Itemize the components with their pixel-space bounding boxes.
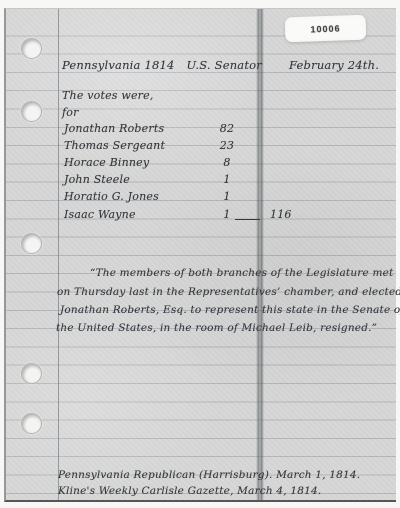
scanned-document: { "colors":{ "paper_bg":"#d6d7d6", "ink"…	[0, 0, 400, 508]
vote-count: 1	[204, 173, 250, 186]
catalog-number: 10006	[310, 23, 340, 34]
vote-count: 23	[204, 139, 250, 152]
quote-line-3: Jonathan Roberts, Esq. to represent this…	[60, 304, 400, 316]
vote-count: 1	[204, 190, 250, 203]
punch-hole-3	[21, 233, 42, 254]
vote-candidate-name: Horace Binney	[64, 156, 149, 169]
punch-hole-5	[21, 413, 42, 434]
vote-count: 82	[204, 122, 250, 135]
quote-line-4: the United States, in the room of Michae…	[56, 322, 377, 334]
document-header: Pennsylvania 1814 U.S. Senator	[62, 58, 262, 72]
vote-row: Horatio G. Jones 1	[6, 190, 396, 207]
header-date: February 24th.	[289, 58, 379, 72]
vote-row: John Steele 1	[6, 173, 396, 190]
vote-total: 116	[270, 208, 292, 221]
header-state-year: Pennsylvania 1814	[62, 58, 175, 72]
quote-line-2: on Thursday last in the Representatives’…	[57, 286, 400, 298]
vote-row: Isaac Wayne 1	[6, 208, 396, 225]
punch-hole-1	[21, 38, 42, 59]
vote-row: Jonathan Roberts 82	[6, 122, 396, 139]
vote-row: Thomas Sergeant 23	[6, 139, 396, 156]
header-office: U.S. Senator	[187, 58, 262, 72]
vote-candidate-name: John Steele	[64, 173, 130, 186]
votes-intro-line: The votes were,	[62, 89, 154, 102]
vote-candidate-name: Thomas Sergeant	[64, 139, 165, 152]
vertical-crease-line	[256, 9, 264, 500]
left-margin-line	[58, 9, 59, 500]
votes-for-label: for	[62, 106, 79, 119]
vote-row: Horace Binney 8	[6, 156, 396, 173]
vote-count: 8	[204, 156, 250, 169]
punch-hole-4	[21, 363, 42, 384]
notebook-page: 10006 Pennsylvania 1814 U.S. Senator Feb…	[4, 8, 396, 502]
catalog-number-sticker: 10006	[285, 15, 367, 43]
source-citation-1: Pennsylvania Republican (Harrisburg). Ma…	[58, 469, 360, 481]
quote-line-1: “The members of both branches of the Leg…	[90, 267, 393, 279]
source-citation-2: Kline's Weekly Carlisle Gazette, March 4…	[58, 485, 321, 497]
punch-hole-2	[21, 101, 42, 122]
vote-candidate-name: Isaac Wayne	[64, 208, 136, 221]
vote-candidate-name: Jonathan Roberts	[64, 122, 164, 135]
vote-candidate-name: Horatio G. Jones	[64, 190, 159, 203]
tally-sum-line	[235, 219, 260, 220]
